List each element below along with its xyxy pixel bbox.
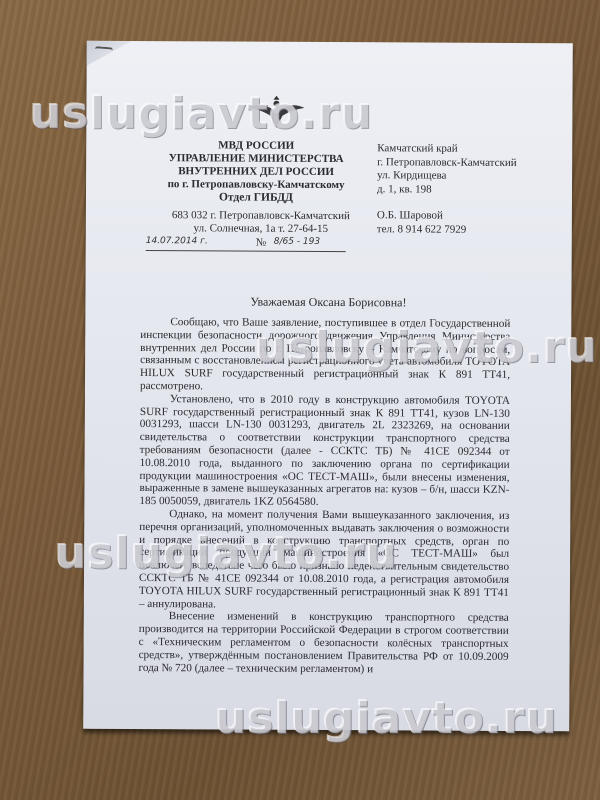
- recipient-line: ул. Кирдищева: [377, 169, 567, 183]
- handwritten-date: 14.07.2014 г.: [146, 236, 208, 246]
- paragraph: Установлено, что в 2010 году в конструкц…: [139, 393, 510, 510]
- recipient-line: Камчатский край: [377, 142, 567, 156]
- handwritten-number: 8/65 - 193: [274, 237, 320, 247]
- letter-body: Сообщаю, что Ваше заявление, поступившее…: [138, 316, 510, 676]
- recipient-line: г. Петропавловск-Камчатский: [377, 156, 567, 170]
- sender-address-line: ул. Солнечная, 1а т. 27-64-15: [141, 222, 381, 236]
- paragraph: Однако, на момент получения Вами вышеука…: [139, 508, 510, 612]
- letter-page: МВД РОССИИ УПРАВЛЕНИЕ МИНИСТЕРСТВА ВНУТР…: [83, 41, 573, 732]
- double-headed-eagle-emblem-icon: [246, 92, 306, 132]
- recipient-phone: тел. 8 914 622 7929: [377, 223, 567, 237]
- number-label: №: [256, 237, 267, 249]
- paragraph: Внесение изменений в конструкцию транспо…: [138, 610, 508, 676]
- letterhead-line: Отдел ГИБДД: [136, 191, 376, 205]
- sender-address-line: 683 032 г. Петропавловск-Камчатский: [141, 209, 381, 223]
- letterhead-line: ВНУТРЕННИХ ДЕЛ РОССИИ: [136, 165, 376, 179]
- letterhead: МВД РОССИИ УПРАВЛЕНИЕ МИНИСТЕРСТВА ВНУТР…: [136, 139, 376, 205]
- greeting: Уважаемая Оксана Борисовна!: [85, 294, 571, 312]
- sender-address: 683 032 г. Петропавловск-Камчатский ул. …: [141, 209, 381, 236]
- paragraph: Сообщаю, что Ваше заявление, поступившее…: [140, 316, 510, 395]
- recipient-name: О.Б. Шаровой: [377, 209, 567, 223]
- letterhead-line: УПРАВЛЕНИЕ МИНИСТЕРСТВА: [136, 152, 376, 166]
- letterhead-line: МВД РОССИИ: [136, 139, 376, 153]
- recipient-block: Камчатский край г. Петропавловск-Камчатс…: [377, 142, 567, 237]
- letterhead-line: по г. Петропавловску-Камчатскому: [136, 178, 376, 192]
- recipient-line: д. 1, кв. 198: [377, 183, 567, 197]
- date-number-line: 14.07.2014 г. № 8/65 - 193: [146, 236, 346, 252]
- staple-icon: [94, 46, 113, 55]
